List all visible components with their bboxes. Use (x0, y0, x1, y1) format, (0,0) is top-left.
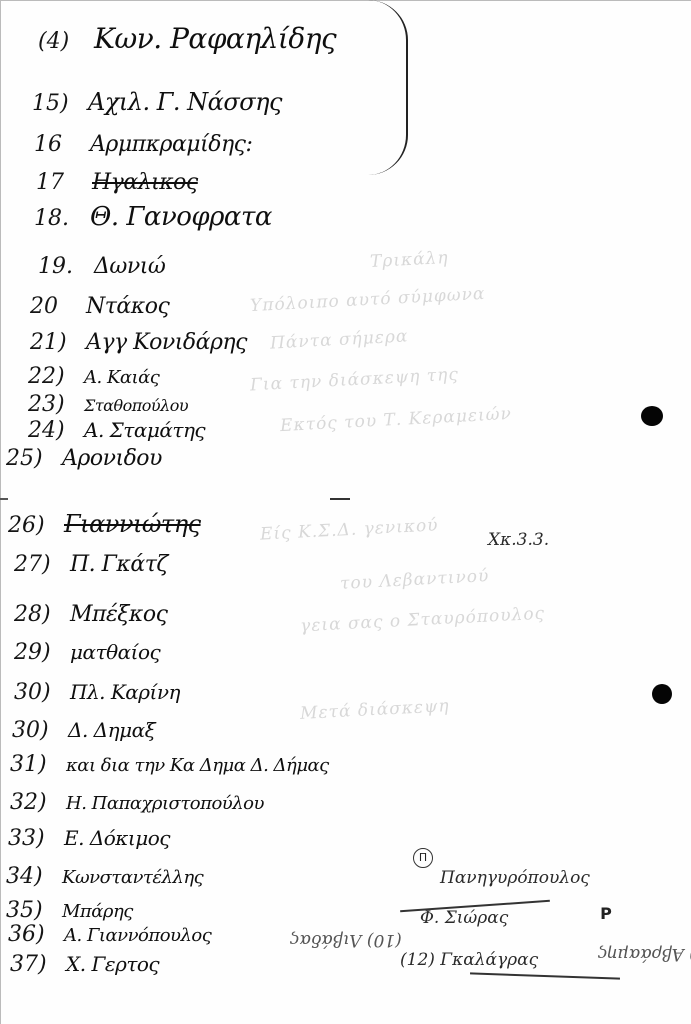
entry-signature: Γιαννιώτης (64, 510, 201, 538)
entry-signature: Δωνιώ (94, 254, 165, 279)
right-note: (10) Λιβάδας (290, 930, 402, 950)
signature-entry: 30)Πλ. Καρίνη (14, 680, 180, 705)
right-note: (12) Γκαλάγρας (400, 950, 538, 970)
signature-entry: 34)Κωνσταντέλλης (6, 864, 203, 889)
entry-number: 29) (14, 640, 70, 665)
entry-signature: Σταθοπούλου (84, 396, 188, 415)
faded-text: του Λεβαντινού (340, 566, 490, 594)
signature-entry: 15)Αχιλ. Γ. Νάσσης (32, 88, 282, 116)
entry-number: 18. (34, 206, 90, 231)
entry-number: 32) (10, 790, 66, 815)
entry-number: 33) (8, 826, 64, 851)
entry-number: 19. (38, 254, 94, 279)
signature-entry: 37)Χ. Γερτος (10, 952, 159, 977)
entry-signature: Αχιλ. Γ. Νάσσης (88, 88, 282, 116)
entry-number: 30) (14, 680, 70, 705)
signature-entry: 20Ντάκος (30, 294, 169, 319)
signature-entry: 23)Σταθοπούλου (28, 392, 188, 417)
entry-number: 34) (6, 864, 62, 889)
entry-signature: Η. Παπαχριστοπούλου (66, 793, 264, 814)
top-border (0, 0, 691, 1)
entry-number: 30) (12, 718, 68, 743)
entry-number: 16 (34, 132, 90, 157)
entry-number: 35) (6, 898, 62, 923)
stamp-mark-1: Π (413, 848, 433, 868)
entry-number: 27) (14, 552, 70, 577)
entry-signature: Αγγ Κονιδάρης (86, 330, 247, 355)
faded-text: Για την διάσκεψη της (250, 365, 460, 396)
signature-entry: 18.Θ. Γανοφρατα (34, 202, 272, 232)
entry-number: 17 (36, 170, 92, 195)
entry-signature: Ντάκος (86, 294, 169, 319)
right-note: Πανηγυρόπουλος (440, 868, 590, 888)
right-note: 11) Αβράαμης (598, 944, 691, 964)
right-note: Φ. Σιώρας (420, 908, 508, 928)
entry-signature: Ηγαλικος (92, 170, 198, 195)
faded-text: Μετά διάσκεψη (300, 696, 450, 724)
signature-entry: 16Αρμπκραμίδης: (34, 132, 252, 157)
entry-signature: Μπάρης (62, 901, 133, 922)
right-note: Χκ.3.3. (488, 530, 549, 550)
signature-entry: 26)Γιαννιώτης (8, 510, 201, 538)
left-border (0, 0, 1, 1024)
signature-entry: 27)Π. Γκάτζ (14, 552, 168, 577)
signature-entry: 17Ηγαλικος (36, 170, 198, 195)
entry-number: 20 (30, 294, 86, 319)
signature-entry: 22)Α. Καιάς (28, 364, 159, 389)
entry-number: 28) (14, 602, 70, 627)
entry-signature: ματθαίος (70, 640, 160, 664)
document-page: ΤρικάληΥπόλοιπο αυτό σύμφωναΠάντα σήμερα… (0, 0, 691, 1024)
entry-number: 23) (28, 392, 84, 417)
entry-number: 31) (10, 752, 66, 777)
entry-signature: Χ. Γερτος (66, 952, 159, 976)
signature-entry: 21)Αγγ Κονιδάρης (30, 330, 247, 355)
signature-entry: 33)Ε. Δόκιμος (8, 826, 170, 851)
signature-entry: 36)Α. Γιαννόπουλος (8, 922, 211, 947)
faded-text: Εκτός του Τ. Κεραμειών (280, 404, 513, 436)
entry-number: 25) (6, 446, 62, 471)
signature-entry: 30)Δ. Δημαξ (12, 718, 155, 743)
entry-number: 21) (30, 330, 86, 355)
entry-signature: Θ. Γανοφρατα (90, 202, 272, 232)
entry-signature: και δια την Κα Δημα Δ. Δήμας (66, 755, 329, 776)
entry-signature: Πλ. Καρίνη (70, 680, 180, 704)
entry-number: 15) (32, 91, 88, 116)
entry-signature: Κων. Ραφαηλίδης (94, 22, 336, 55)
entry-signature: Π. Γκάτζ (70, 552, 168, 577)
entry-signature: Αρμπκραμίδης: (90, 132, 252, 157)
fold-line (0, 498, 691, 500)
signature-entry: (4)Κων. Ραφαηλίδης (38, 22, 336, 55)
faded-text: γεια σας ο Σταυρόπουλος (300, 604, 546, 637)
signature-entry: 35)Μπάρης (6, 898, 133, 923)
entry-number: 36) (8, 922, 64, 947)
punch-hole-top (641, 406, 663, 426)
signature-entry: 31)και δια την Κα Δημα Δ. Δήμας (10, 752, 329, 777)
bracket-stroke (358, 0, 408, 175)
punch-hole-bottom (652, 684, 672, 704)
entry-number: (4) (38, 29, 94, 54)
signature-entry: 19.Δωνιώ (38, 254, 165, 279)
faded-text: Υπόλοιπο αυτό σύμφωνα (250, 284, 486, 316)
faded-text: Είς Κ.Σ.Δ. γενικού (260, 515, 439, 544)
signature-entry: 32)Η. Παπαχριστοπούλου (10, 790, 264, 815)
faded-text: Τρικάλη (370, 248, 450, 272)
entry-signature: Δ. Δημαξ (68, 718, 155, 742)
entry-signature: Κωνσταντέλλης (62, 867, 203, 888)
entry-signature: Ε. Δόκιμος (64, 826, 170, 850)
stamp-mark-2: Ρ (597, 905, 615, 923)
signature-entry: 25)Αρονιδου (6, 446, 162, 471)
right-underline-2 (470, 972, 620, 979)
entry-number: 37) (10, 952, 66, 977)
faded-text: Πάντα σήμερα (270, 326, 409, 353)
signature-entry: 28)Μπέξκος (14, 602, 167, 627)
signature-entry: 29)ματθαίος (14, 640, 160, 665)
entry-signature: Α. Γιαννόπουλος (64, 925, 211, 946)
entry-number: 22) (28, 364, 84, 389)
entry-number: 26) (8, 513, 64, 538)
entry-signature: Α. Καιάς (84, 367, 159, 388)
entry-signature: Αρονιδου (62, 446, 162, 471)
entry-number: 24) (28, 418, 84, 443)
signature-entry: 24)Α. Σταμάτης (28, 418, 205, 443)
entry-signature: Μπέξκος (70, 602, 167, 627)
entry-signature: Α. Σταμάτης (84, 418, 205, 442)
